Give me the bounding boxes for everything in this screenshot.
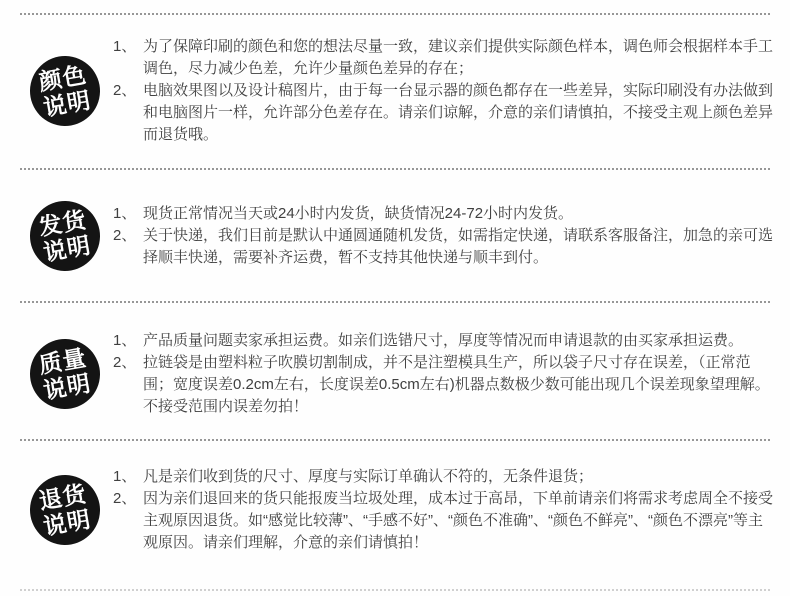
item-number: 1、 bbox=[113, 36, 143, 80]
item-text: 现货正常情况当天或24小时内发货，缺货情况24-72小时内发货。 bbox=[143, 203, 775, 225]
dotted-divider-bottom bbox=[20, 589, 770, 591]
dotted-divider bbox=[20, 301, 770, 303]
notice-item: 2、 电脑效果图以及设计稿图片，由于每一台显示器的颜色都存在一些差异，实际印刷没… bbox=[113, 80, 775, 146]
item-text: 电脑效果图以及设计稿图片，由于每一台显示器的颜色都存在一些差异，实际印刷没有办法… bbox=[143, 80, 775, 146]
dotted-divider-top bbox=[20, 13, 770, 15]
item-number: 1、 bbox=[113, 203, 143, 225]
section-color-notes: 颜色 说明 1、 为了保障印刷的颜色和您的想法尽量一致，建议亲们提供实际颜色样本… bbox=[0, 36, 790, 146]
item-text: 产品质量问题卖家承担运费。如亲们选错尺寸，厚度等情况而申请退款的由买家承担运费。 bbox=[143, 330, 775, 352]
notice-item: 2、 因为亲们退回来的货只能报废当垃圾处理，成本过于高昂，下单前请亲们将需求考虑… bbox=[113, 488, 775, 554]
product-notice-page: 颜色 说明 1、 为了保障印刷的颜色和您的想法尽量一致，建议亲们提供实际颜色样本… bbox=[0, 0, 790, 596]
section-shipping-notes: 发货 说明 1、 现货正常情况当天或24小时内发货，缺货情况24-72小时内发货… bbox=[0, 201, 790, 271]
notice-text-list: 1、 现货正常情况当天或24小时内发货，缺货情况24-72小时内发货。 2、 关… bbox=[113, 203, 775, 269]
notice-text-list: 1、 为了保障印刷的颜色和您的想法尽量一致，建议亲们提供实际颜色样本，调色师会根… bbox=[113, 36, 775, 146]
item-text: 凡是亲们收到货的尺寸、厚度与实际订单确认不符的，无条件退货； bbox=[143, 466, 775, 488]
item-number: 1、 bbox=[113, 330, 143, 352]
notice-item: 1、 凡是亲们收到货的尺寸、厚度与实际订单确认不符的，无条件退货； bbox=[113, 466, 775, 488]
item-number: 1、 bbox=[113, 466, 143, 488]
badge-column: 质量 说明 bbox=[30, 339, 113, 409]
section-quality-notes: 质量 说明 1、 产品质量问题卖家承担运费。如亲们选错尺寸，厚度等情况而申请退款… bbox=[0, 330, 790, 418]
item-number: 2、 bbox=[113, 488, 143, 554]
badge-returns-notes: 退货 说明 bbox=[24, 469, 105, 550]
notice-text-list: 1、 产品质量问题卖家承担运费。如亲们选错尺寸，厚度等情况而申请退款的由买家承担… bbox=[113, 330, 775, 418]
notice-item: 2、 关于快递，我们目前是默认中通圆通随机发货，如需指定快递，请联系客服备注，加… bbox=[113, 225, 775, 269]
item-text: 关于快递，我们目前是默认中通圆通随机发货，如需指定快递，请联系客服备注，加急的亲… bbox=[143, 225, 775, 269]
notice-item: 1、 为了保障印刷的颜色和您的想法尽量一致，建议亲们提供实际颜色样本，调色师会根… bbox=[113, 36, 775, 80]
item-number: 2、 bbox=[113, 80, 143, 146]
item-text: 为了保障印刷的颜色和您的想法尽量一致，建议亲们提供实际颜色样本，调色师会根据样本… bbox=[143, 36, 775, 80]
item-text: 拉链袋是由塑料粒子吹膜切割制成，并不是注塑模具生产，所以袋子尺寸存在误差，（正常… bbox=[143, 352, 775, 418]
badge-shipping-notes: 发货 说明 bbox=[24, 195, 105, 276]
badge-color-notes: 颜色 说明 bbox=[24, 50, 105, 131]
notice-text-list: 1、 凡是亲们收到货的尺寸、厚度与实际订单确认不符的，无条件退货； 2、 因为亲… bbox=[113, 466, 775, 554]
notice-item: 1、 产品质量问题卖家承担运费。如亲们选错尺寸，厚度等情况而申请退款的由买家承担… bbox=[113, 330, 775, 352]
badge-column: 退货 说明 bbox=[30, 475, 113, 545]
notice-item: 1、 现货正常情况当天或24小时内发货，缺货情况24-72小时内发货。 bbox=[113, 203, 775, 225]
dotted-divider bbox=[20, 439, 770, 441]
section-returns-notes: 退货 说明 1、 凡是亲们收到货的尺寸、厚度与实际订单确认不符的，无条件退货； … bbox=[0, 466, 790, 554]
badge-quality-notes: 质量 说明 bbox=[24, 333, 105, 414]
item-number: 2、 bbox=[113, 225, 143, 269]
dotted-divider bbox=[20, 168, 770, 170]
badge-column: 发货 说明 bbox=[30, 201, 113, 271]
badge-column: 颜色 说明 bbox=[30, 56, 113, 126]
item-text: 因为亲们退回来的货只能报废当垃圾处理，成本过于高昂，下单前请亲们将需求考虑周全不… bbox=[143, 488, 775, 554]
notice-item: 2、 拉链袋是由塑料粒子吹膜切割制成，并不是注塑模具生产，所以袋子尺寸存在误差，… bbox=[113, 352, 775, 418]
item-number: 2、 bbox=[113, 352, 143, 418]
